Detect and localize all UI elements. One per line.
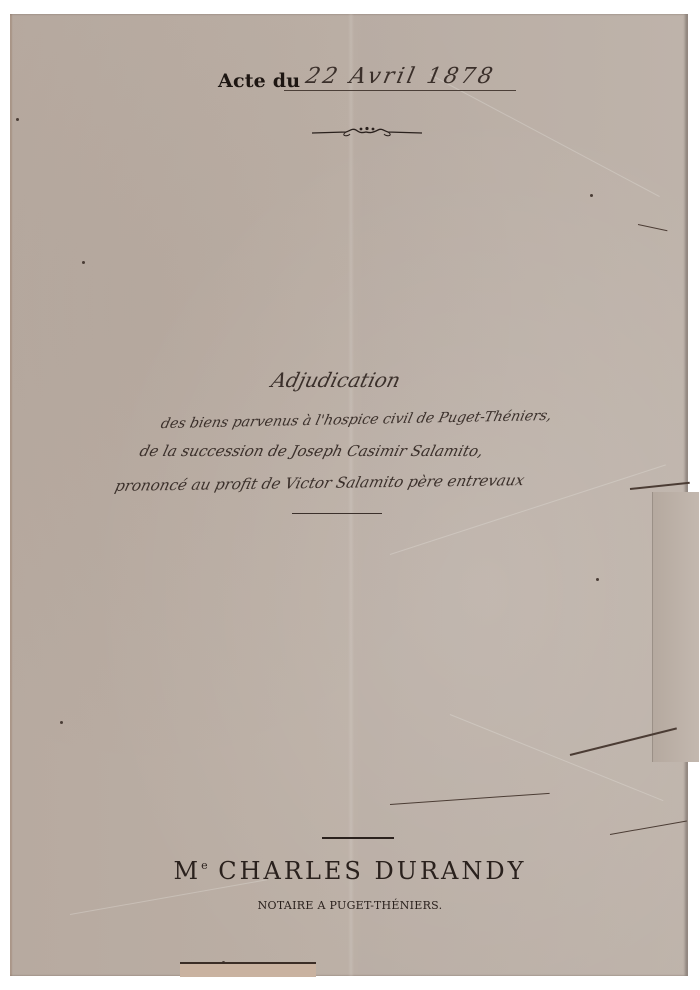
handwritten-rule — [292, 513, 382, 514]
paper-crease — [450, 714, 664, 801]
handwritten-line: des biens parvenus à l'hospice civil de … — [159, 408, 553, 432]
notary-title-superscript: e — [201, 859, 208, 872]
notary-rule — [322, 837, 394, 839]
handwritten-heading: Adjudication — [269, 368, 403, 392]
decorative-flourish-icon — [310, 124, 424, 138]
paper-tab — [180, 962, 316, 977]
notary-name: Me CHARLES DURANDY — [100, 857, 600, 885]
handwritten-title-block: Adjudication des biens parvenus à l'hosp… — [100, 360, 660, 520]
ink-speck — [82, 261, 85, 264]
paper-tear — [638, 224, 668, 231]
act-date-handwritten: 22 Avril 1878 — [303, 64, 497, 89]
notary-subtitle: NOTAIRE A PUGET-THÉNIERS. — [100, 899, 600, 912]
act-date-header: Acte du 22 Avril 1878 — [218, 64, 518, 100]
ink-speck — [596, 578, 599, 581]
paper-tear — [390, 793, 550, 805]
notary-title-prefix: M — [174, 857, 202, 885]
ink-speck — [590, 194, 593, 197]
notary-name-text: CHARLES DURANDY — [218, 857, 526, 885]
date-underline — [284, 90, 516, 91]
ink-speck — [60, 721, 63, 724]
torn-flap — [652, 492, 699, 762]
handwritten-line: de la succession de Joseph Casimir Salam… — [138, 442, 486, 460]
ink-speck — [16, 118, 19, 121]
act-label: Acte du — [218, 70, 300, 92]
handwritten-line: prononcé au profit de Victor Salamito pè… — [113, 471, 526, 495]
paper-tear — [610, 820, 687, 835]
